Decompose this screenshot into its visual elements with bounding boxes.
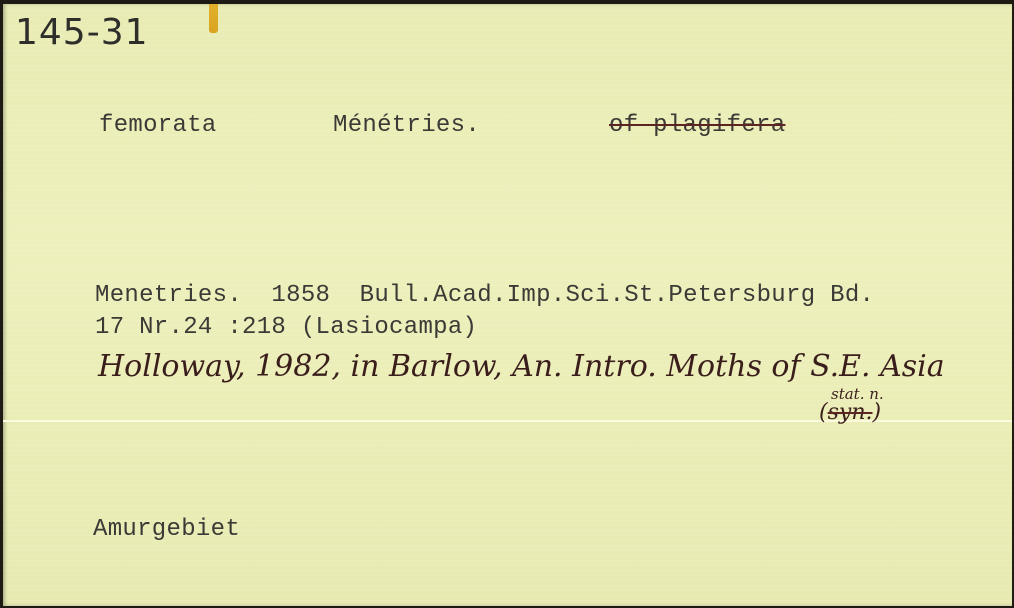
citation-line-1: Menetries. 1858 Bull.Acad.Imp.Sci.St.Pet… [95,282,874,309]
status-parenthetical: (syn.) [819,400,881,425]
locality: Amurgebiet [93,516,240,543]
species-name: femorata [99,112,217,139]
citation-line-2: 17 Nr.24 :218 (Lasiocampa) [95,314,477,341]
index-card: 145-31 femorata Ménétries. of plagifera … [3,4,1012,606]
orange-tab-mark [209,4,218,33]
handwritten-citation: Holloway, 1982, in Barlow, An. Intro. Mo… [98,349,945,384]
struck-syn: syn. [828,400,873,425]
author-name: Ménétries. [333,112,480,139]
catalog-number: 145-31 [15,12,149,53]
struck-reference: of plagifera [609,112,785,139]
